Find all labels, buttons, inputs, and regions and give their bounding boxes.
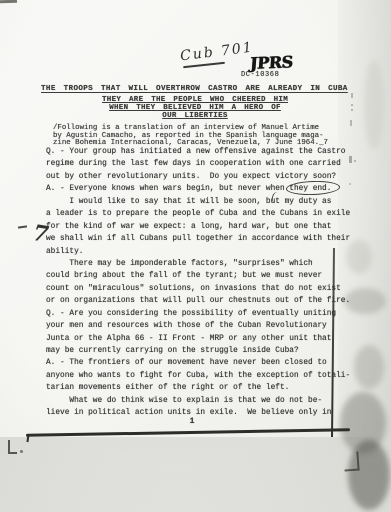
text-line: or on organizations that will pull our c… <box>46 295 376 307</box>
text-line: I would like to say that it will be soon… <box>46 196 376 208</box>
scanner-bottom-margin <box>0 437 391 512</box>
text-line: a leader is to prepare the people of Cub… <box>46 208 376 220</box>
jprs-logo: JPRS <box>249 52 293 72</box>
bleed-mark <box>351 93 353 98</box>
text-line: may be currently carrying on the struggl… <box>46 345 376 357</box>
text-line: could bring about the fall of the tyrant… <box>46 270 376 282</box>
text-line: tarian movements either of the right or … <box>46 382 376 394</box>
bleed-mark <box>349 156 352 163</box>
bleed-mark <box>349 183 351 185</box>
text-line: regime during the last few days in coope… <box>46 158 376 170</box>
bleed-mark <box>350 120 352 126</box>
bleed-mark <box>351 104 353 106</box>
text-line: your men and resources with those of the… <box>46 320 376 332</box>
scanned-document-page: Cub 701 7 JPRS DC-10368 THE TROOPS THAT … <box>0 0 391 512</box>
text-line: Q. - Your group has initiated a new offe… <box>46 146 376 158</box>
text-line: count on "miraculous" solutions, on inva… <box>46 283 376 295</box>
text-line: OUR LIBERTIES <box>70 113 320 121</box>
text-line: Junta or the Alpha 66 - II Front - MRP o… <box>46 333 376 345</box>
scan-smudge <box>348 440 390 510</box>
bleed-mark <box>351 109 353 111</box>
corner-crop-dot <box>20 450 23 453</box>
text-line: Q. - Are you considering the possibility… <box>46 308 376 320</box>
page-number: 1 <box>46 417 338 426</box>
document-title: THE TROOPS THAT WILL OVERTHROW CASTRO AR… <box>41 85 361 93</box>
translator-note: /Following is a translation of an interv… <box>53 125 353 148</box>
scan-smudge <box>364 60 384 150</box>
text-line: What we do think wise to explain is that… <box>46 395 376 407</box>
bleed-mark <box>354 160 356 162</box>
document-number: DC-10368 <box>241 71 279 79</box>
text-line: anyone who wants to fight for Cuba, with… <box>46 370 376 382</box>
document-body: Q. - Your group has initiated a new offe… <box>46 146 376 420</box>
text-line: for the kind of war we expect: a long, h… <box>46 221 376 233</box>
text-line: we shall win if all Cubans pull together… <box>46 233 376 245</box>
document-subtitle: THEY ARE THE PEOPLE WHO CHEERED HIMWHEN … <box>70 97 320 120</box>
text-line: ability. <box>46 246 376 258</box>
text-line: out by other revolutionary units. Do you… <box>46 171 376 183</box>
bottom-right-bracket-mark <box>343 451 359 471</box>
text-line: A. - The frontiers of our movement have … <box>46 357 376 369</box>
text-line: A. - Everyone knows when wars begin, but… <box>46 183 376 195</box>
corner-crop-mark-icon <box>8 440 17 454</box>
text-line: There may be imponderable factors, "surp… <box>46 258 376 270</box>
